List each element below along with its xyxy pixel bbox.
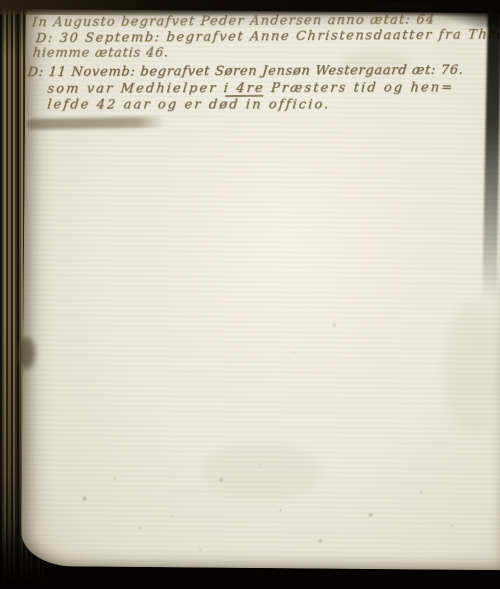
ink-blot [18, 337, 35, 369]
ink-underline [225, 95, 263, 97]
paper-stain [202, 441, 323, 502]
paper-stain [340, 50, 410, 77]
photo-dark-corner [405, 0, 500, 28]
paper-stain [442, 303, 500, 434]
manuscript-line: D: 30 Septemb: begrafvet Anne Christensd… [35, 27, 500, 46]
manuscript-line: hiemme ætatis 46. [32, 46, 170, 61]
ink-smudge-strikethrough [27, 116, 165, 129]
photographed-book-page: In Augusto begrafvet Peder Andersen anno… [0, 0, 500, 589]
manuscript-line: lefde 42 aar og er død in officio. [46, 97, 331, 112]
manuscript-page: In Augusto begrafvet Peder Andersen anno… [21, 9, 500, 570]
